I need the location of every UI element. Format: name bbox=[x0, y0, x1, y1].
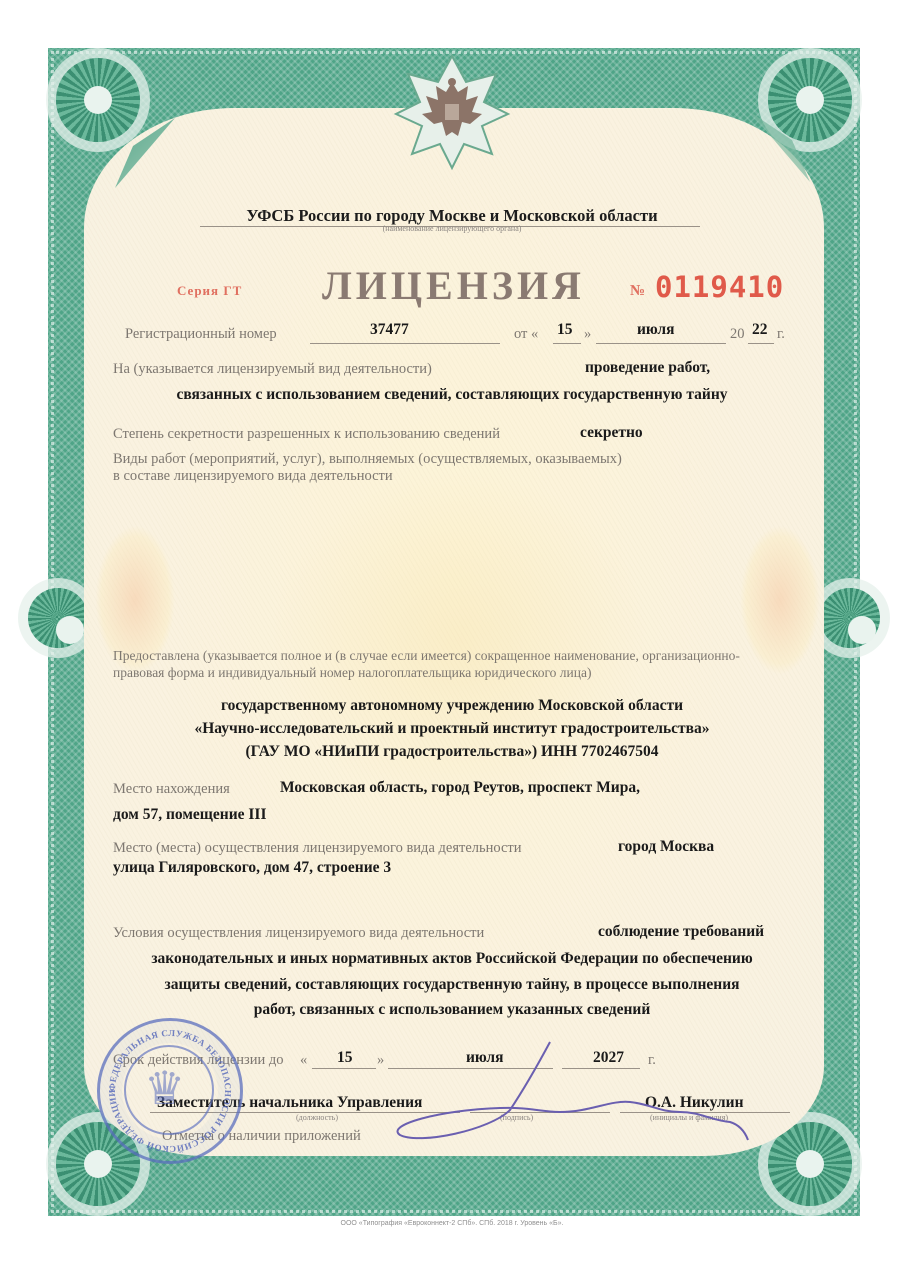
document-title: ЛИЦЕНЗИЯ bbox=[322, 262, 585, 309]
year-line bbox=[748, 343, 774, 344]
number-sign: № bbox=[630, 283, 645, 300]
work-types-label-2: в составе лицензируемого вида деятельнос… bbox=[113, 468, 393, 485]
licensee-name-2: «Научно-исследовательский и проектный ин… bbox=[0, 720, 904, 738]
licensee-name-1: государственному автономному учреждению … bbox=[0, 697, 904, 715]
registration-year-unit: г. bbox=[777, 326, 785, 343]
stamp-eagle-icon: ♛ bbox=[144, 1061, 185, 1115]
activity-place-label: Место (места) осуществления лицензируемо… bbox=[113, 840, 522, 857]
location-value-2: дом 57, помещение III bbox=[113, 806, 266, 824]
registration-day-close: » bbox=[584, 326, 591, 343]
location-value-1: Московская область, город Реутов, проспе… bbox=[280, 779, 640, 797]
validity-open-quote: « bbox=[300, 1052, 307, 1069]
official-stamp: ФЕДЕРАЛЬНАЯ СЛУЖБА БЕЗОПАСНОСТИ РОССИЙСК… bbox=[97, 1018, 243, 1164]
secrecy-value: секретно bbox=[580, 424, 643, 442]
activity-value-1: проведение работ, bbox=[585, 359, 710, 377]
registration-month: июля bbox=[637, 321, 674, 339]
license-series: Серия ГТ bbox=[177, 283, 242, 299]
registration-year-prefix: 20 bbox=[730, 326, 745, 343]
coat-of-arms-icon bbox=[392, 52, 512, 172]
license-number: 0119410 bbox=[655, 270, 784, 304]
authority-caption: (наименование лицензирующего органа) bbox=[0, 224, 904, 233]
registration-year: 22 bbox=[752, 321, 768, 339]
registration-line bbox=[310, 343, 500, 344]
licensee-label-1: Предоставлена (указывается полное и (в с… bbox=[113, 648, 740, 664]
licensee-label-2: правовая форма и индивидуальный номер на… bbox=[113, 665, 591, 681]
printer-imprint: ООО «Типография «Евроконнект-2 СПб». СПб… bbox=[0, 1220, 904, 1227]
registration-label: Регистрационный номер bbox=[125, 326, 277, 343]
side-flower-ornament bbox=[740, 525, 820, 675]
registration-day: 15 bbox=[557, 321, 573, 339]
validity-day: 15 bbox=[337, 1049, 353, 1067]
activity-label: На (указывается лицензируемый вид деятел… bbox=[113, 361, 432, 378]
activity-value-2: связанных с использованием сведений, сос… bbox=[0, 386, 904, 404]
conditions-label: Условия осуществления лицензируемого вид… bbox=[113, 925, 484, 942]
work-types-label-1: Виды работ (мероприятий, услуг), выполня… bbox=[113, 451, 622, 468]
activity-place-value-1: город Москва bbox=[618, 838, 714, 856]
corner-rosette-icon bbox=[768, 58, 852, 142]
side-rosette-icon bbox=[28, 588, 88, 648]
side-rosette-icon bbox=[820, 588, 880, 648]
month-line bbox=[596, 343, 726, 344]
conditions-value-2: законодательных и иных нормативных актов… bbox=[0, 950, 904, 968]
corner-rosette-icon bbox=[56, 58, 140, 142]
location-label: Место нахождения bbox=[113, 781, 230, 798]
activity-place-value-2: улица Гиляровского, дом 47, строение 3 bbox=[113, 859, 391, 877]
registration-from: от « bbox=[514, 326, 538, 343]
conditions-value-4: работ, связанных с использованием указан… bbox=[0, 1001, 904, 1019]
secrecy-label: Степень секретности разрешенных к исполь… bbox=[113, 426, 500, 443]
registration-number: 37477 bbox=[370, 321, 409, 339]
licensing-authority: УФСБ России по городу Москве и Московско… bbox=[0, 206, 904, 226]
licensee-name-3: (ГАУ МО «НИиПИ градостроительства») ИНН … bbox=[0, 743, 904, 761]
day-line bbox=[553, 343, 581, 344]
conditions-value-1: соблюдение требований bbox=[598, 923, 764, 941]
conditions-value-3: защиты сведений, составляющих государств… bbox=[0, 976, 904, 994]
position-caption: (должность) bbox=[296, 1113, 338, 1122]
handwritten-signature bbox=[360, 1040, 780, 1150]
